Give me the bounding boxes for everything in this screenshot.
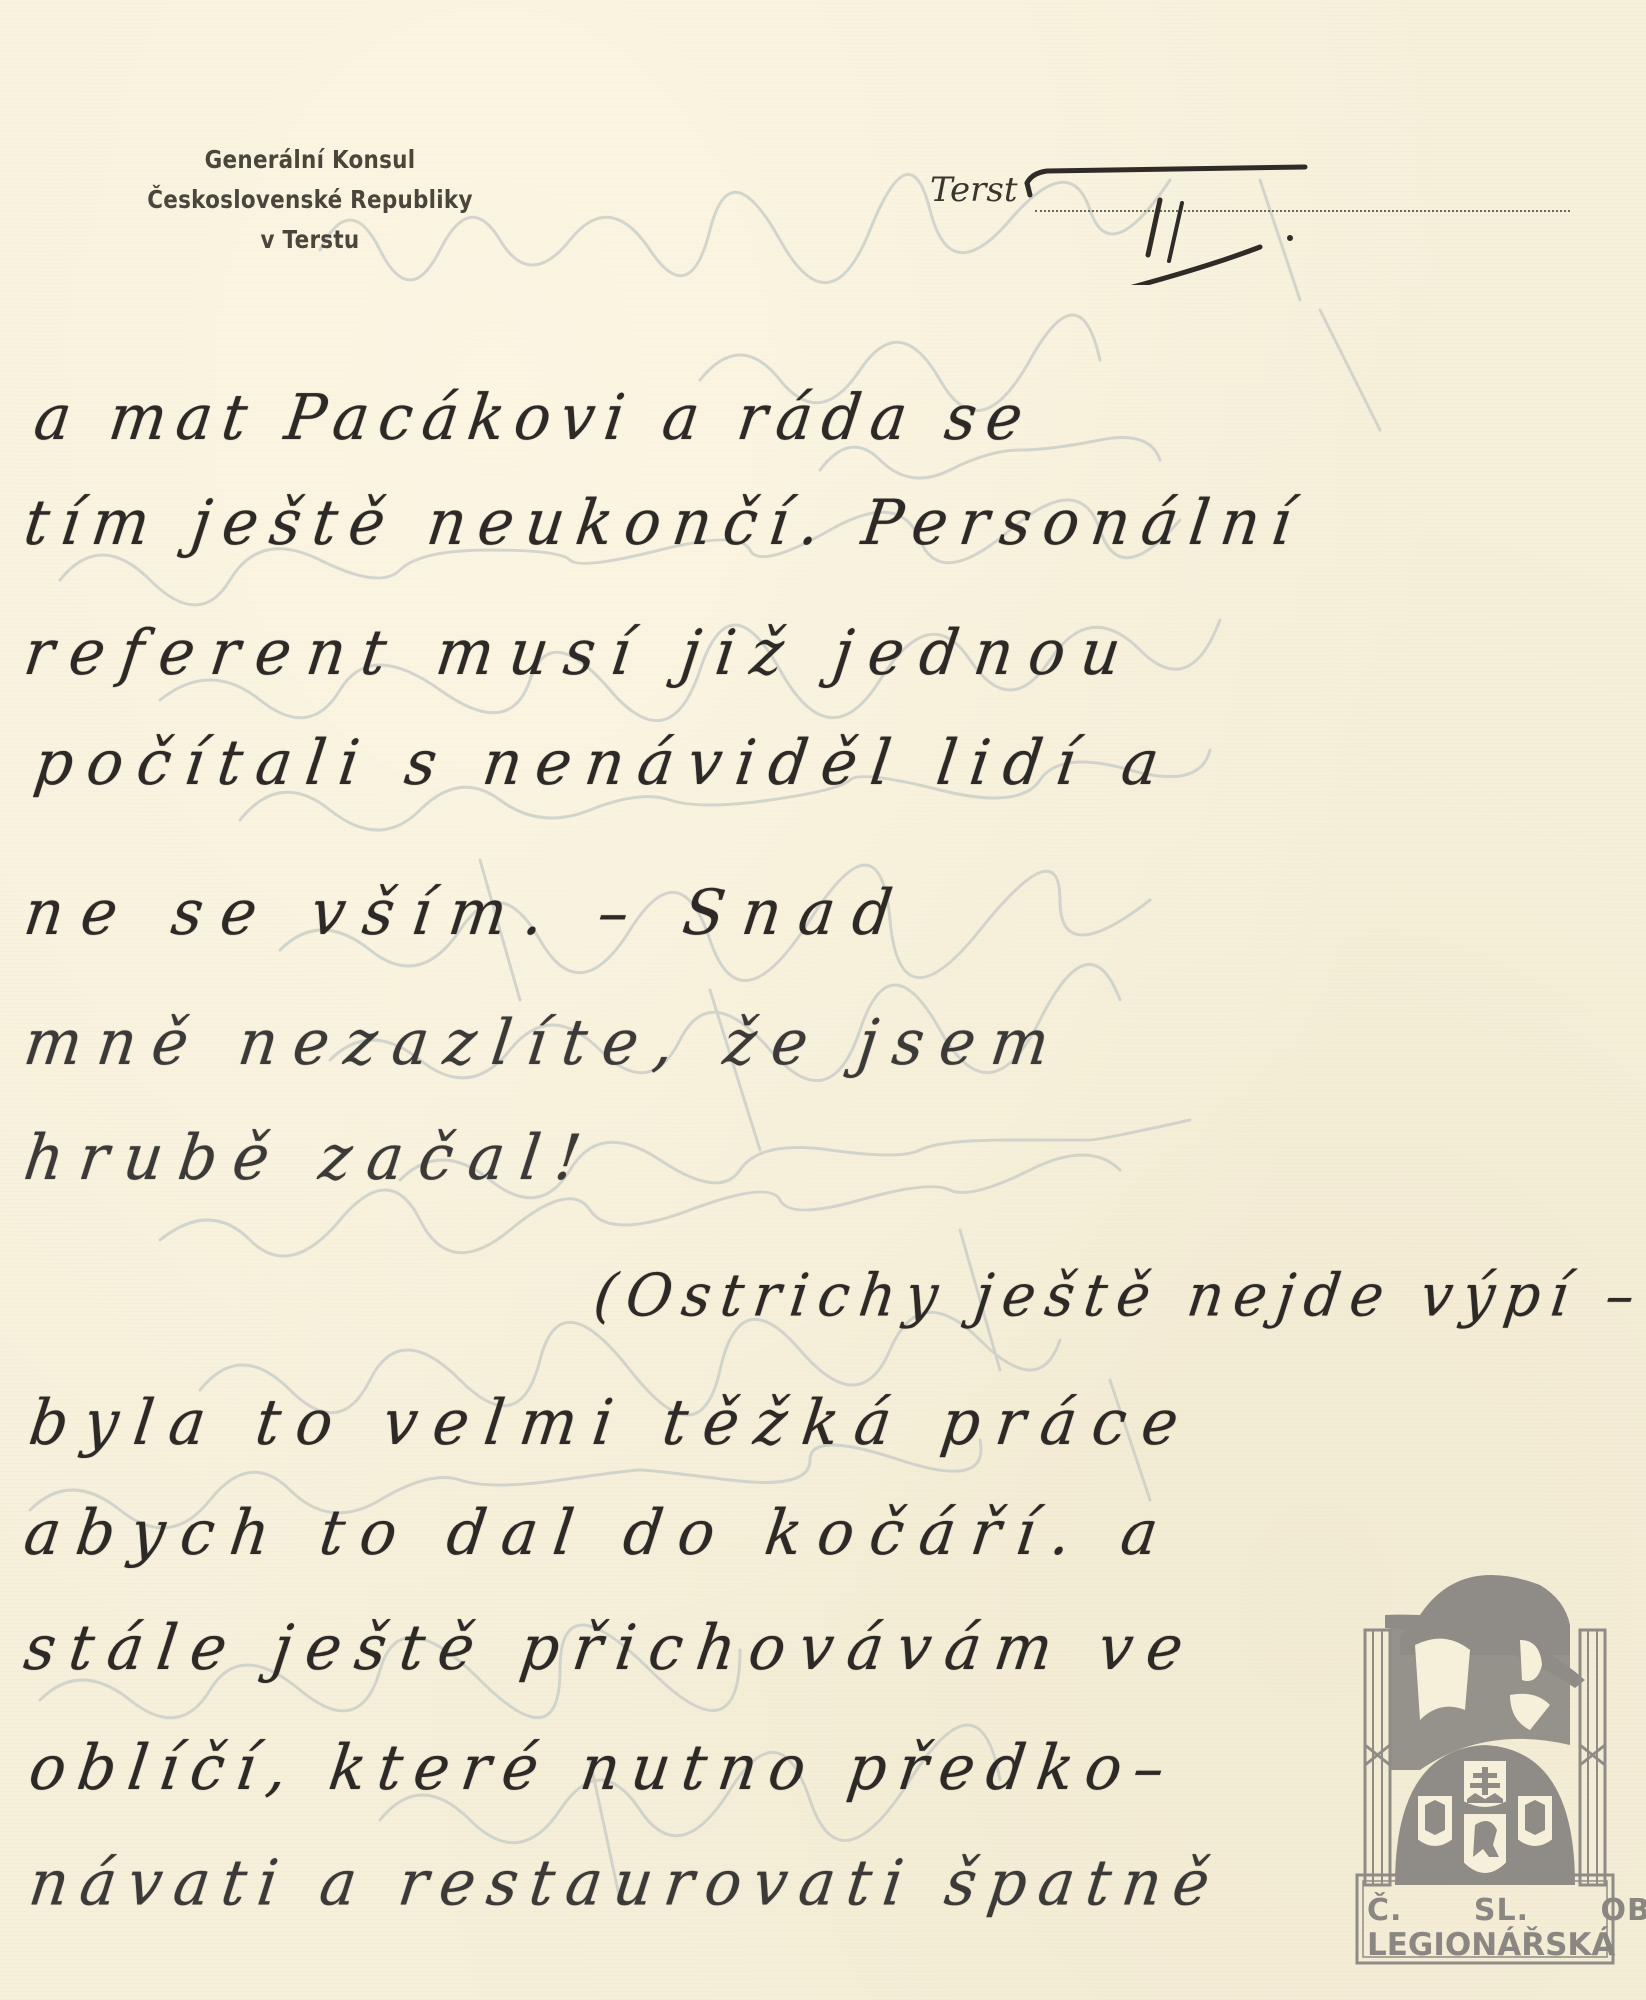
letter-line: abych to dal do kočáří. a — [20, 1497, 1178, 1571]
letter-line: referent musí již jednou — [20, 617, 1141, 691]
letter-line: počítali s nenáviděl lidí a — [30, 727, 1177, 801]
letter-line: byla to velmi těžká práce — [25, 1387, 1199, 1461]
letter-line: (Ostrichy ještě nejde výpí – — [590, 1262, 1646, 1330]
letter-line: návati a restaurovati špatně — [25, 1847, 1226, 1921]
letter-line: tím ještě neukončí. Personální — [20, 487, 1308, 561]
stamp-text-obec: OBEC — [1600, 1893, 1646, 1928]
stamp-text-csl: Č. SL. — [1367, 1893, 1529, 1928]
letter-line: mně nezazlíte, že jsem — [20, 1007, 1069, 1081]
letter-line: stále ještě přichovávám ve — [20, 1612, 1201, 1686]
letter-line: ne se vším. – Snad — [20, 877, 914, 951]
letter-line: a mat Pacákovi a ráda se — [30, 382, 1037, 456]
letter-line: hrubě začal! — [20, 1122, 601, 1196]
stamp-text-line2: LEGIONÁŘSKÁ — [1367, 1927, 1603, 1963]
stamp-text-line1: Č. SL. OBEC — [1367, 1893, 1603, 1928]
legion-association-stamp: Č. SL. OBEC LEGIONÁŘSKÁ — [1345, 1555, 1625, 1970]
letter-line: oblíčí, které nutno předko– — [25, 1732, 1181, 1806]
